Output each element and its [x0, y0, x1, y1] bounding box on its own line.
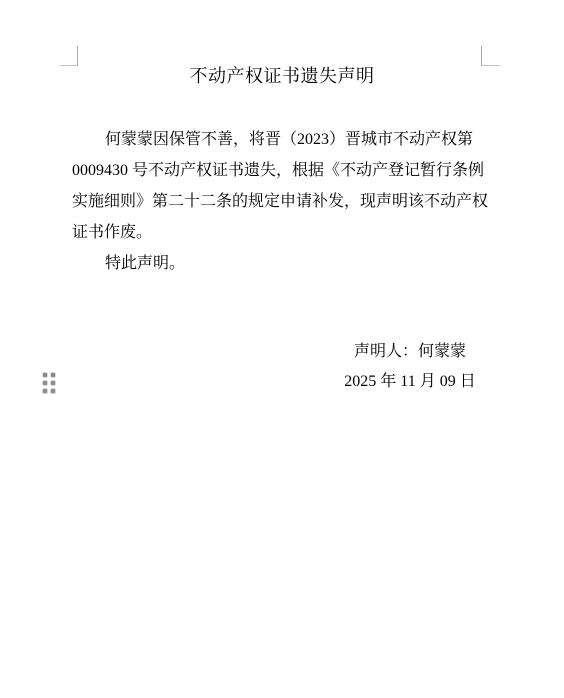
- body-line: 特此声明。: [72, 248, 502, 279]
- grip-dot: [43, 389, 47, 393]
- grip-dot: [51, 381, 55, 385]
- grip-dot: [51, 389, 55, 393]
- body-line: 证书作废。: [72, 217, 502, 248]
- document-page[interactable]: 不动产权证书遗失声明 何蒙蒙因保管不善，将晋（2023）晋城市不动产权第 000…: [0, 0, 564, 698]
- body-paragraph: 何蒙蒙因保管不善，将晋（2023）晋城市不动产权第 0009430 号不动产权证…: [72, 124, 502, 279]
- body-line: 0009430 号不动产权证书遗失，根据《不动产登记暂行条例: [72, 155, 502, 186]
- signature-block: 声明人：何蒙蒙 2025 年 11 月 09 日: [300, 337, 520, 397]
- declarant-line: 声明人：何蒙蒙: [300, 337, 520, 367]
- drag-handle-icon[interactable]: [43, 373, 55, 393]
- body-line: 实施细则》第二十二条的规定申请补发，现声明该不动产权: [72, 186, 502, 217]
- grip-dot: [51, 373, 55, 377]
- document-title: 不动产权证书遗失声明: [0, 59, 564, 93]
- body-line: 何蒙蒙因保管不善，将晋（2023）晋城市不动产权第: [72, 124, 502, 155]
- date-line: 2025 年 11 月 09 日: [300, 367, 520, 397]
- grip-dot: [43, 381, 47, 385]
- grip-dot: [43, 373, 47, 377]
